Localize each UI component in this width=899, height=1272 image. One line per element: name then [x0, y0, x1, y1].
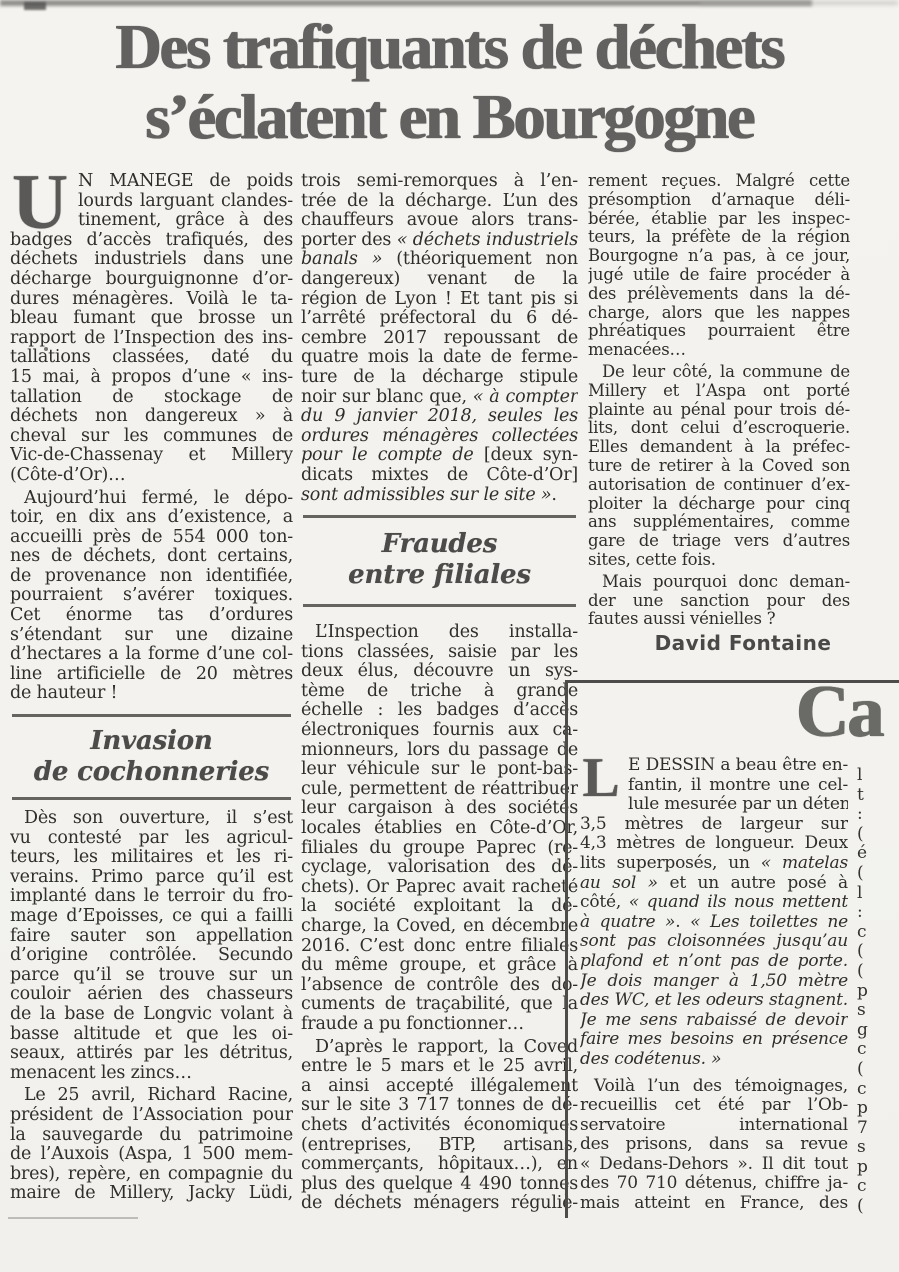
text-line: des codétenus. »: [580, 1050, 848, 1070]
italic-text-segment: des WC, et les odeurs stagnent.: [580, 991, 848, 1010]
text-line: lits, dont celui d’escroquerie.: [588, 419, 850, 438]
text-line: ture de retirer à la Coved son: [588, 457, 850, 476]
headline-line-2: s’éclatent en Bourgogne: [0, 82, 899, 152]
text-line: p: [857, 1099, 870, 1119]
paragraph-lines: trois semi-remorques à l’en-trée de la d…: [301, 172, 578, 505]
text-line: échelle : les badges d’accès: [301, 701, 578, 721]
text-line: gare de triage vers d’autres: [588, 532, 850, 551]
text-line: Voilà l’un des témoignages,: [580, 1077, 848, 1097]
text-line: ploiter la décharge pour cinq: [588, 495, 850, 514]
article2-text-column: L E DESSIN a beau être en-fantin, il mon…: [580, 756, 848, 1217]
text-line: accueilli près de 554 000 ton-: [10, 528, 293, 548]
text-line: 4,3 mètres de longueur. Deux: [580, 834, 848, 854]
paragraph-lines: D’après le rapport, la Covedentre le 5 m…: [301, 1038, 578, 1214]
text-line: Cet énorme tas d’ordures: [10, 606, 293, 626]
text-line: L’Inspection des installa-: [301, 623, 578, 643]
text-line: la société exploitant la dé-: [301, 897, 578, 917]
text-line: déchets non dangereux » à: [10, 407, 293, 427]
text-line: teurs, la préfète de la région: [588, 228, 850, 247]
text-segment: (théoriquement non: [382, 250, 578, 269]
subhead-fraudes: Fraudes entre filiales: [301, 529, 578, 591]
text-line: l: [857, 884, 870, 904]
text-line: (: [857, 1197, 870, 1217]
text-line: de l’Auxois (Aspa, 1 500 mem-: [10, 1145, 293, 1165]
paragraph-lines: Dès son ouverture, il s’estvu contesté p…: [10, 809, 293, 1083]
text-line: commerçants, hôpitaux…), en: [301, 1155, 578, 1175]
text-line: à quatre ». « Les toilettes ne: [580, 913, 848, 933]
text-line: Aujourd’hui fermé, le dépo-: [10, 489, 293, 509]
text-line: 2016. C’est donc entre filiales: [301, 937, 578, 957]
section-rule: [12, 714, 291, 717]
text-line: 3,5 mètres de largeur sur: [580, 815, 848, 835]
text-line: tème de triche à grande: [301, 682, 578, 702]
text-line: E DESSIN a beau être en-: [628, 756, 848, 776]
text-line: lule mesurée par un détenu :: [628, 795, 848, 815]
text-line: de provenance non identifiée,: [10, 567, 293, 587]
text-line: N MANÈGE de poids: [78, 172, 293, 192]
text-line: leur cargaison à des sociétés: [301, 799, 578, 819]
text-line: p: [857, 1158, 870, 1178]
paragraph: U N MANÈGE de poidslourds larguant cland…: [10, 172, 293, 486]
text-line: a ainsi accepté illégalement: [301, 1077, 578, 1097]
text-line: mage d’Epoisses, ce qui a failli: [10, 907, 293, 927]
text-line: menacent les zincs…: [10, 1064, 293, 1084]
paragraph-lines: Le 25 avril, Richard Racine,président de…: [10, 1086, 293, 1204]
text-line: ture de la décharge stipule: [301, 368, 578, 388]
subhead-line: Invasion: [10, 726, 293, 757]
paragraph: Mais pourquoi donc deman-der une sanctio…: [588, 573, 850, 629]
text-line: Millery et l’Aspa ont porté: [588, 382, 850, 401]
text-segment: et un autre posé à: [658, 874, 848, 893]
text-line: Mais pourquoi donc deman-: [588, 573, 850, 592]
text-line: d’hectares a la forme d’une col-: [10, 645, 293, 665]
text-line: ordures ménagères collectées: [301, 427, 578, 447]
text-segment: [deux syn-: [484, 446, 578, 465]
text-line: badges d’accès trafiqués, des: [10, 231, 293, 251]
text-line: g: [857, 1021, 870, 1041]
paragraph: Voilà l’un des témoignages,recueillis ce…: [580, 1077, 848, 1214]
text-segment: noir sur blanc que,: [301, 388, 473, 407]
text-line: lits superposés, un « matelas: [580, 854, 848, 874]
text-line: (: [857, 1060, 870, 1080]
boxed-article-2: Ca L E DESSIN a beau être en-fantin, il …: [565, 680, 899, 1218]
text-line: D’après le rapport, la Coved: [301, 1038, 578, 1058]
text-line: s: [857, 1138, 870, 1158]
article1-column-2: trois semi-remorques à l’en-trée de la d…: [301, 172, 578, 1217]
text-line: de hauteur !: [10, 684, 293, 704]
paragraph-lines: Voilà l’un des témoignages,recueillis ce…: [580, 1077, 848, 1214]
text-line: (: [857, 942, 870, 962]
text-line: « Dedans-Dehors ». Il dit tout: [580, 1155, 848, 1175]
scan-ink-blob: [24, 2, 46, 10]
text-line: faire sauter son appellation: [10, 927, 293, 947]
text-line: banals » (théoriquement non: [301, 250, 578, 270]
text-line: dangereux) venant de la: [301, 270, 578, 290]
text-line: 15 mai, à propos d’une « ins-: [10, 368, 293, 388]
text-line: sont pas cloisonnées jusqu’au: [580, 932, 848, 952]
text-line: électroniques fournis aux ca-: [301, 721, 578, 741]
italic-text-segment: Je dois manger à 1,50 mètre: [580, 972, 848, 991]
text-line: Dès son ouverture, il s’est: [10, 809, 293, 829]
byline-author: David Fontaine: [588, 634, 850, 653]
text-line: Bourgogne n’a pas, à ce jour,: [588, 247, 850, 266]
subhead-line: de cochonneries: [10, 757, 293, 788]
text-line: recueillis cet été par l’Ob-: [580, 1096, 848, 1116]
text-line: nes de déchets, dont certains,: [10, 547, 293, 567]
text-line: lourds larguant clandes-: [78, 192, 293, 212]
text-line: l’absence de contrôle des do-: [301, 976, 578, 996]
cutoff-rule-fragment: [8, 1217, 138, 1219]
text-line: la sauvegarde du patrimoine: [10, 1126, 293, 1146]
italic-text-segment: des codétenus. »: [580, 1050, 721, 1069]
text-line: phréatiques pourraient être: [588, 322, 850, 341]
article1-headline: Des trafiquants de déchets s’éclatent en…: [0, 12, 899, 152]
paragraph: D’après le rapport, la Covedentre le 5 m…: [301, 1038, 578, 1214]
text-line: line artificielle de 20 mètres: [10, 665, 293, 685]
text-line: basse altitude et que les oi-: [10, 1025, 293, 1045]
text-line: p: [857, 982, 870, 1002]
italic-text-segment: sont pas cloisonnées jusqu’au: [580, 932, 848, 951]
text-line: filiales du groupe Paprec (re-: [301, 839, 578, 859]
text-line: charge, alors que les nappes: [588, 304, 850, 323]
text-line: c: [857, 1080, 870, 1100]
text-line: pourraient s’avérer toxiques.: [10, 586, 293, 606]
paragraph: trois semi-remorques à l’en-trée de la d…: [301, 172, 578, 505]
text-line: mionneurs, lors du passage de: [301, 741, 578, 761]
text-line: Le 25 avril, Richard Racine,: [10, 1086, 293, 1106]
text-line: faire mes besoins en présence: [580, 1030, 848, 1050]
text-line: sont admissibles sur le site ».: [301, 486, 578, 506]
paragraph: L E DESSIN a beau être en-fantin, il mon…: [580, 756, 848, 1070]
italic-text-segment: à quatre »: [580, 913, 675, 932]
italic-text-segment: banals »: [301, 250, 382, 269]
text-line: 7: [857, 1119, 870, 1139]
paragraph: Le 25 avril, Richard Racine,président de…: [10, 1086, 293, 1204]
text-line: menacées…: [588, 341, 850, 360]
text-segment: .: [675, 913, 690, 932]
text-segment: .: [551, 486, 556, 505]
text-line: sites, cette fois.: [588, 551, 850, 570]
text-line: cuments de traçabilité, que la: [301, 995, 578, 1015]
text-line: ans supplémentaires, comme: [588, 513, 850, 532]
text-line: t: [857, 786, 870, 806]
text-line: l: [857, 766, 870, 786]
text-line: teurs, les militaires et les ri-: [10, 848, 293, 868]
text-line: parce qu’il se trouve sur un: [10, 966, 293, 986]
headline-line-1: Des trafiquants de déchets: [0, 12, 899, 82]
text-line: c: [857, 1040, 870, 1060]
text-line: tallation de stockage de: [10, 388, 293, 408]
text-line: tinement, grâce à des: [78, 211, 293, 231]
text-line: leur véhicule sur le pont-bas-: [301, 760, 578, 780]
paragraph-lines: rement reçues. Malgré cetteprésomption d…: [588, 172, 850, 360]
text-line: déchets industriels dans une: [10, 250, 293, 270]
text-line: au sol » et un autre posé à: [580, 874, 848, 894]
subhead-line: entre filiales: [301, 560, 578, 591]
paragraph: De leur côté, la commune deMillery et l’…: [588, 363, 850, 570]
text-line: plafond et n’ont pas de porte.: [580, 952, 848, 972]
text-line: plus des quelque 4 490 tonnes: [301, 1175, 578, 1195]
text-line: locales établies en Côte-d’Or,: [301, 819, 578, 839]
text-line: des WC, et les odeurs stagnent.: [580, 991, 848, 1011]
text-line: (: [857, 825, 870, 845]
paragraph-lines: De leur côté, la commune deMillery et l’…: [588, 363, 850, 570]
text-line: d’origine contrôlée. Secundo: [10, 946, 293, 966]
text-line: tions classées, saisie par les: [301, 643, 578, 663]
text-line: fantin, il montre une cel-: [628, 776, 848, 796]
text-line: vu contesté par les agricul-: [10, 829, 293, 849]
text-line: l’arrêté préfectoral du 6 dé-: [301, 309, 578, 329]
text-line: dures ménagères. Voilà le ta-: [10, 290, 293, 310]
italic-text-segment: « déchets industriels: [397, 231, 578, 250]
text-line: chets). Or Paprec avait racheté: [301, 878, 578, 898]
text-line: mais atteint en France, des: [580, 1194, 848, 1214]
text-line: (: [857, 864, 870, 884]
text-line: s’étendant sur une dizaine: [10, 626, 293, 646]
text-line: du même groupe, et grâce à: [301, 956, 578, 976]
text-line: maire de Millery, Jacky Lüdi,: [10, 1184, 293, 1204]
text-line: fautes aussi vénielles ?: [588, 610, 850, 629]
text-line: :: [857, 805, 870, 825]
text-line: chets d’activités économiques: [301, 1116, 578, 1136]
italic-text-segment: « quand ils nous mettent: [629, 893, 848, 912]
text-line: Elles demandent à la préfec-: [588, 438, 850, 457]
paragraph-lines: Aujourd’hui fermé, le dépo-toir, en dix …: [10, 489, 293, 705]
paragraph: L’Inspection des installa-tions classées…: [301, 623, 578, 1034]
paragraph-lines: Mais pourquoi donc deman-der une sanctio…: [588, 573, 850, 629]
scan-edge-smudge-light: [700, 1, 898, 5]
text-line: tallations classées, daté du: [10, 348, 293, 368]
text-line: trois semi-remorques à l’en-: [301, 172, 578, 192]
text-line: bleau fumant que brosse un: [10, 309, 293, 329]
text-line: du 9 janvier 2018, seules les: [301, 407, 578, 427]
paragraph: rement reçues. Malgré cetteprésomption d…: [588, 172, 850, 360]
text-line: plainte au pénal pour trois dé-: [588, 401, 850, 420]
text-line: :: [857, 903, 870, 923]
text-line: chauffeurs avoue alors trans-: [301, 211, 578, 231]
drop-cap: U: [10, 173, 70, 230]
paragraph: Aujourd’hui fermé, le dépo-toir, en dix …: [10, 489, 293, 705]
text-line: région de Lyon ! Et tant pis si: [301, 290, 578, 310]
article2-headline-fragment: Ca: [796, 675, 882, 749]
text-line: cule, permettent de réattribuer: [301, 780, 578, 800]
text-line: implanté dans le terroir du fro-: [10, 887, 293, 907]
text-line: présomption d’arnaque déli-: [588, 191, 850, 210]
text-line: é: [857, 844, 870, 864]
subhead-line: Fraudes: [301, 529, 578, 560]
text-line: décharge bourguignonne d’or-: [10, 270, 293, 290]
text-line: pour le compte de [deux syn-: [301, 446, 578, 466]
text-line: Je dois manger à 1,50 mètre: [580, 972, 848, 992]
text-line: Je me sens rabaissé de devoir: [580, 1011, 848, 1031]
subhead-invasion: Invasion de cochonneries: [10, 726, 293, 788]
scan-edge-smudge: [0, 0, 812, 6]
text-line: rement reçues. Malgré cette: [588, 172, 850, 191]
text-line: de la base de Longvic volant à: [10, 1005, 293, 1025]
text-line: cheval sur les communes de: [10, 427, 293, 447]
text-line: seaux, attirés par les détritus,: [10, 1044, 293, 1064]
text-line: de déchets ménagers réguliè-: [301, 1194, 578, 1214]
italic-text-segment: sont admissibles sur le site »: [301, 486, 551, 505]
article1-column-1: U N MANÈGE de poidslourds larguant cland…: [10, 172, 293, 1207]
text-line: des prélèvements dans la dé-: [588, 285, 850, 304]
text-line: trée de la décharge. L’un des: [301, 192, 578, 212]
text-line: cembre 2017 repoussant de: [301, 329, 578, 349]
text-line: der une sanction pour des: [588, 592, 850, 611]
text-line: porter des « déchets industriels: [301, 231, 578, 251]
text-line: toir, en dix ans d’existence, a: [10, 508, 293, 528]
article1-column-3: rement reçues. Malgré cetteprésomption d…: [588, 172, 850, 653]
italic-text-segment: « matelas: [761, 854, 848, 873]
text-line: c: [857, 923, 870, 943]
text-line: s: [857, 1001, 870, 1021]
text-segment: porter des: [301, 231, 397, 250]
text-line: bérée, établie par les inspec-: [588, 210, 850, 229]
text-line: quatre mois la date de ferme-: [301, 348, 578, 368]
text-line: entre le 5 mars et le 25 avril,: [301, 1057, 578, 1077]
section-rule: [12, 797, 291, 800]
text-line: bres), repère, en compagnie du: [10, 1165, 293, 1185]
text-line: dicats mixtes de Côte-d’Or]: [301, 466, 578, 486]
text-line: servatoire international: [580, 1116, 848, 1136]
text-line: (: [857, 962, 870, 982]
text-line: fraude a pu fonctionner…: [301, 1015, 578, 1035]
text-line: des 70 710 détenus, chiffre ja-: [580, 1174, 848, 1194]
text-line: président de l’Association pour: [10, 1106, 293, 1126]
text-line: verains. Primo parce qu’il est: [10, 868, 293, 888]
italic-text-segment: « à compter: [473, 388, 578, 407]
text-segment: lits superposés, un: [580, 854, 761, 873]
text-line: rapport de l’Inspection des ins-: [10, 329, 293, 349]
italic-text-segment: du 9 janvier 2018, seules les: [301, 407, 578, 426]
text-line: c: [857, 1177, 870, 1197]
section-rule: [303, 515, 576, 518]
text-line: jugé utile de faire procéder à: [588, 266, 850, 285]
text-line: (Côte-d’Or)…: [10, 466, 293, 486]
text-line: cyclage, valorisation des dé-: [301, 858, 578, 878]
drop-cap: L: [580, 757, 622, 797]
italic-text-segment: « Les toilettes ne: [690, 913, 848, 932]
text-line: (entreprises, BTP, artisans,: [301, 1136, 578, 1156]
cut-off-column-fragments: lt:(é(l:c((psgc(cp7spc(: [857, 766, 870, 1217]
text-line: De leur côté, la commune de: [588, 363, 850, 382]
text-line: noir sur blanc que, « à compter: [301, 388, 578, 408]
text-line: couloir aérien des chasseurs: [10, 985, 293, 1005]
text-line: côté, « quand ils nous mettent: [580, 893, 848, 913]
text-segment: côté,: [580, 893, 629, 912]
italic-text-segment: pour le compte de: [301, 446, 484, 465]
paragraph-lines: E DESSIN a beau être en-fantin, il montr…: [580, 756, 848, 1070]
text-line: autorisation de continuer d’ex-: [588, 476, 850, 495]
italic-text-segment: faire mes besoins en présence: [580, 1030, 848, 1049]
text-line: sur le site 3 717 tonnes de dé-: [301, 1096, 578, 1116]
paragraph-lines: L’Inspection des installa-tions classées…: [301, 623, 578, 1034]
section-rule: [303, 604, 576, 607]
italic-text-segment: Je me sens rabaissé de devoir: [580, 1011, 848, 1030]
text-line: des prisons, dans sa revue: [580, 1135, 848, 1155]
italic-text-segment: au sol »: [580, 874, 658, 893]
text-line: Vic-de-Chassenay et Millery: [10, 446, 293, 466]
text-line: charge, la Coved, en décembre: [301, 917, 578, 937]
italic-text-segment: ordures ménagères collectées: [301, 427, 578, 446]
italic-text-segment: plafond et n’ont pas de porte.: [580, 952, 848, 971]
paragraph: Dès son ouverture, il s’estvu contesté p…: [10, 809, 293, 1083]
newspaper-scan-page: Des trafiquants de déchets s’éclatent en…: [0, 0, 899, 1272]
text-line: deux élus, découvre un sys-: [301, 662, 578, 682]
